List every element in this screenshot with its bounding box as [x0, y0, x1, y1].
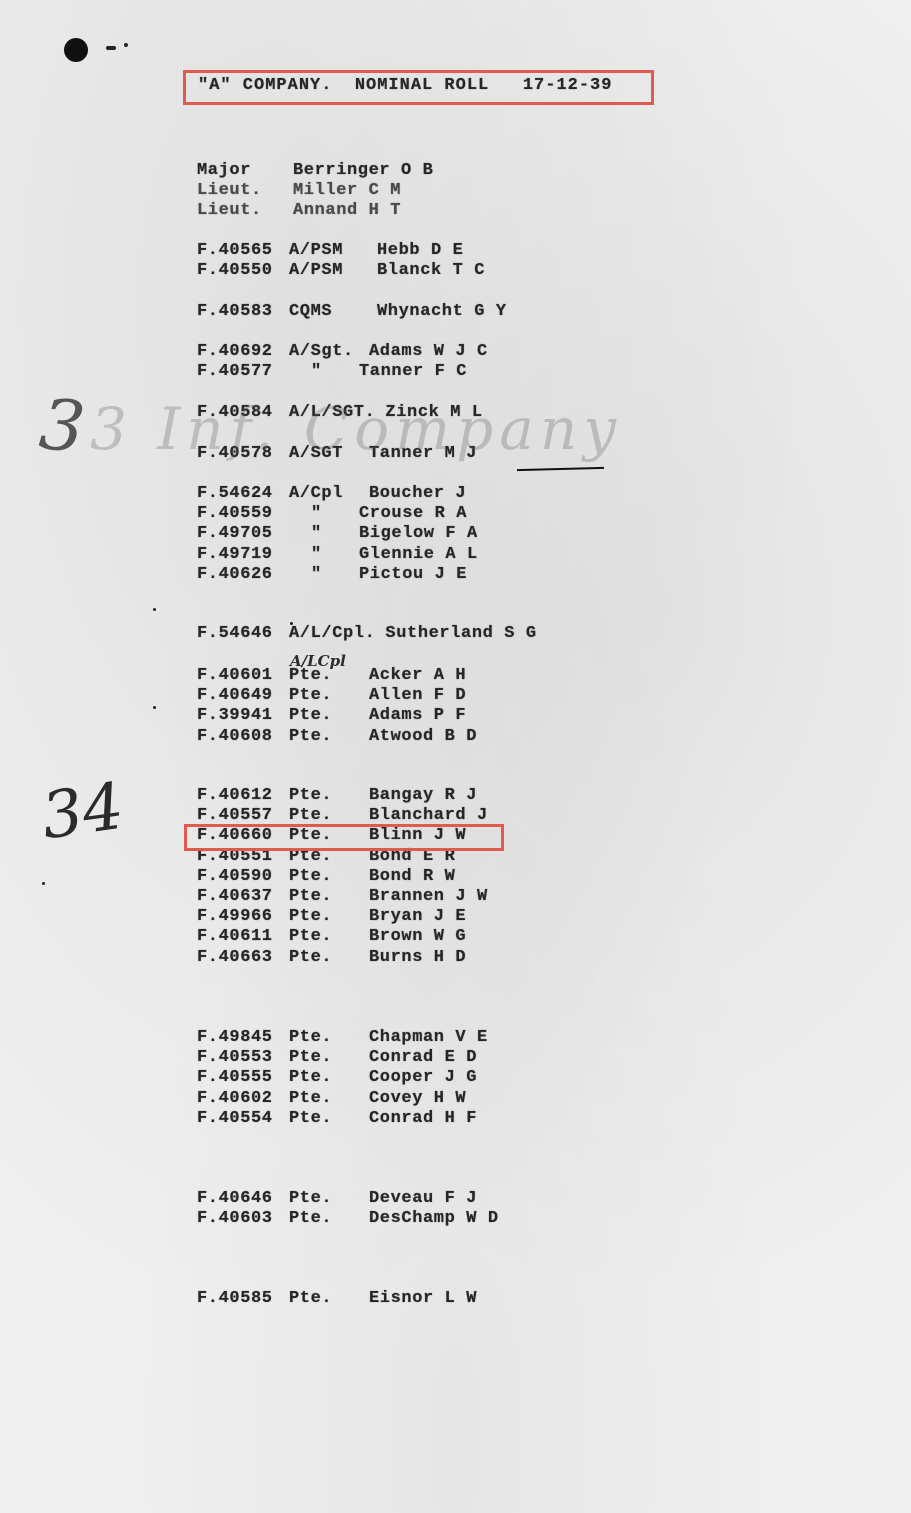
rank: Pte. — [289, 1068, 369, 1087]
roll-entry: F.40554Pte.Conrad H F — [197, 1109, 477, 1128]
handwritten-rank-overwrite: A/LCpl — [290, 652, 346, 670]
rank: " — [289, 504, 359, 523]
service-number: F.40555 — [197, 1068, 289, 1087]
officer-row: MajorBerringer O B — [197, 161, 433, 180]
rank: " — [289, 524, 359, 543]
roll-entry: F.54646A/L/Cpl.Sutherland S G — [197, 624, 537, 643]
service-number: F.54646 — [197, 624, 289, 643]
service-number: F.40626 — [197, 565, 289, 584]
rank: Pte. — [289, 927, 369, 946]
ink-blot — [64, 38, 88, 62]
roll-entry: F.40649Pte.Allen F D — [197, 686, 466, 705]
roll-entry: F.40553Pte.Conrad E D — [197, 1048, 477, 1067]
roll-entry: F.40565A/PSMHebb D E — [197, 241, 463, 260]
soldier-name: Tanner F C — [359, 362, 467, 381]
rank: Pte. — [289, 806, 369, 825]
roll-entry: F.40577"Tanner F C — [197, 362, 467, 381]
soldier-name: Allen F D — [369, 686, 466, 705]
soldier-name: Crouse R A — [359, 504, 467, 523]
soldier-name: Boucher J — [369, 484, 466, 503]
rank: Pte. — [289, 786, 369, 805]
service-number: F.49705 — [197, 524, 289, 543]
roll-entry: F.40637Pte.Brannen J W — [197, 887, 488, 906]
soldier-name: Blanchard J — [369, 806, 488, 825]
service-number: F.40649 — [197, 686, 289, 705]
soldier-name: Bond R W — [369, 867, 455, 886]
speck — [290, 622, 293, 625]
document-page: "A" COMPANY. NOMINAL ROLL 17-12-39 Major… — [0, 0, 911, 1513]
rank: A/Cpl — [289, 484, 369, 503]
service-number: F.40603 — [197, 1209, 289, 1228]
officer-name: Annand H T — [293, 201, 401, 220]
rank: Pte. — [289, 1209, 369, 1228]
soldier-name: Acker A H — [369, 666, 466, 685]
roll-entry: F.40555Pte.Cooper J G — [197, 1068, 477, 1087]
rank: Pte. — [289, 1289, 369, 1308]
service-number: F.40553 — [197, 1048, 289, 1067]
service-number: F.49966 — [197, 907, 289, 926]
service-number: F.40583 — [197, 302, 289, 321]
rank: A/PSM — [289, 261, 377, 280]
roll-entry: F.40559"Crouse R A — [197, 504, 467, 523]
speck — [42, 882, 45, 885]
rank: Pte. — [289, 867, 369, 886]
soldier-name: Bryan J E — [369, 907, 466, 926]
roll-entry: F.40590Pte.Bond R W — [197, 867, 455, 886]
rank: A/Sgt. — [289, 342, 369, 361]
soldier-name: Cooper J G — [369, 1068, 477, 1087]
roll-entry: F.40603Pte.DesChamp W D — [197, 1209, 499, 1228]
rank: Pte. — [289, 1109, 369, 1128]
service-number: F.40577 — [197, 362, 289, 381]
soldier-name: Deveau F J — [369, 1189, 477, 1208]
roll-entry: F.49966Pte.Bryan J E — [197, 907, 466, 926]
roll-entry: F.49705"Bigelow F A — [197, 524, 478, 543]
rank: A/PSM — [289, 241, 377, 260]
service-number: F.49845 — [197, 1028, 289, 1047]
officer-rank: Lieut. — [197, 181, 293, 200]
soldier-name: Eisnor L W — [369, 1289, 477, 1308]
rank: Pte. — [289, 727, 369, 746]
rank: Pte. — [289, 1089, 369, 1108]
service-number: F.40554 — [197, 1109, 289, 1128]
soldier-name: Covey H W — [369, 1089, 466, 1108]
roll-entry: F.40583CQMSWhynacht G Y — [197, 302, 507, 321]
speck — [153, 706, 156, 709]
roll-entry: F.39941Pte.Adams P F — [197, 706, 466, 725]
service-number: F.40557 — [197, 806, 289, 825]
roll-entry: F.40626"Pictou J E — [197, 565, 467, 584]
officer-row: Lieut.Annand H T — [197, 201, 401, 220]
service-number: F.40585 — [197, 1289, 289, 1308]
roll-entry: F.40611Pte.Brown W G — [197, 927, 466, 946]
service-number: F.40612 — [197, 786, 289, 805]
ink-mark — [124, 43, 128, 47]
soldier-name: Atwood B D — [369, 727, 477, 746]
roll-entry: F.40608Pte.Atwood B D — [197, 727, 477, 746]
soldier-name: Adams W J C — [369, 342, 488, 361]
service-number: F.40611 — [197, 927, 289, 946]
title-highlight-box — [183, 70, 654, 105]
rank: Pte. — [289, 706, 369, 725]
soldier-name: Pictou J E — [359, 565, 467, 584]
soldier-name: Sutherland S G — [385, 624, 536, 643]
faint-handwritten-text: 3 Inf. Company — [90, 395, 622, 463]
officer-row: Lieut.Miller C M — [197, 181, 401, 200]
service-number: F.40663 — [197, 948, 289, 967]
rank: A/L/Cpl. — [289, 624, 375, 643]
roll-entry: F.54624A/CplBoucher J — [197, 484, 466, 503]
soldier-name: Bigelow F A — [359, 524, 478, 543]
rank: " — [289, 565, 359, 584]
soldier-name: Adams P F — [369, 706, 466, 725]
roll-entry: F.40550A/PSMBlanck T C — [197, 261, 485, 280]
rank: " — [289, 362, 359, 381]
soldier-name: Conrad E D — [369, 1048, 477, 1067]
roll-entry: F.40646Pte.Deveau F J — [197, 1189, 477, 1208]
soldier-name: Brannen J W — [369, 887, 488, 906]
pen-underline — [517, 467, 604, 471]
officer-name: Berringer O B — [293, 161, 433, 180]
service-number: F.40646 — [197, 1189, 289, 1208]
soldier-name: Whynacht G Y — [377, 302, 507, 321]
soldier-name: DesChamp W D — [369, 1209, 499, 1228]
rank: Pte. — [289, 1028, 369, 1047]
soldier-name: Glennie A L — [359, 545, 478, 564]
roll-entry: F.40602Pte.Covey H W — [197, 1089, 466, 1108]
roll-entry: F.40612Pte.Bangay R J — [197, 786, 477, 805]
officer-name: Miller C M — [293, 181, 401, 200]
service-number: F.54624 — [197, 484, 289, 503]
roll-entry: F.40557Pte.Blanchard J — [197, 806, 488, 825]
rank: Pte. — [289, 686, 369, 705]
service-number: F.40637 — [197, 887, 289, 906]
roll-entry: F.49719"Glennie A L — [197, 545, 478, 564]
ink-mark — [106, 46, 116, 50]
rank: " — [289, 545, 359, 564]
officer-rank: Lieut. — [197, 201, 293, 220]
service-number: F.40602 — [197, 1089, 289, 1108]
service-number: F.39941 — [197, 706, 289, 725]
service-number: F.40590 — [197, 867, 289, 886]
roll-entry: F.40692A/Sgt.Adams W J C — [197, 342, 488, 361]
service-number: F.40608 — [197, 727, 289, 746]
rank: Pte. — [289, 1189, 369, 1208]
rank: CQMS — [289, 302, 377, 321]
rank: Pte. — [289, 948, 369, 967]
rank: Pte. — [289, 907, 369, 926]
service-number: F.40559 — [197, 504, 289, 523]
handwritten-margin-number: 3 — [36, 383, 89, 469]
rank: Pte. — [289, 1048, 369, 1067]
service-number: F.40692 — [197, 342, 289, 361]
soldier-name: Brown W G — [369, 927, 466, 946]
roll-entry: F.40663Pte.Burns H D — [197, 948, 466, 967]
roll-entry: F.49845Pte.Chapman V E — [197, 1028, 488, 1047]
speck — [153, 608, 156, 611]
soldier-name: Burns H D — [369, 948, 466, 967]
service-number: F.49719 — [197, 545, 289, 564]
soldier-name: Hebb D E — [377, 241, 463, 260]
service-number: F.40550 — [197, 261, 289, 280]
soldier-name: Chapman V E — [369, 1028, 488, 1047]
officer-rank: Major — [197, 161, 293, 180]
entry-highlight-box — [184, 824, 504, 851]
soldier-name: Blanck T C — [377, 261, 485, 280]
soldier-name: Conrad H F — [369, 1109, 477, 1128]
soldier-name: Bangay R J — [369, 786, 477, 805]
service-number: F.40565 — [197, 241, 289, 260]
service-number: F.40601 — [197, 666, 289, 685]
roll-entry: F.40585Pte.Eisnor L W — [197, 1289, 477, 1308]
rank: Pte. — [289, 887, 369, 906]
handwritten-margin-number: 34 — [37, 770, 128, 855]
